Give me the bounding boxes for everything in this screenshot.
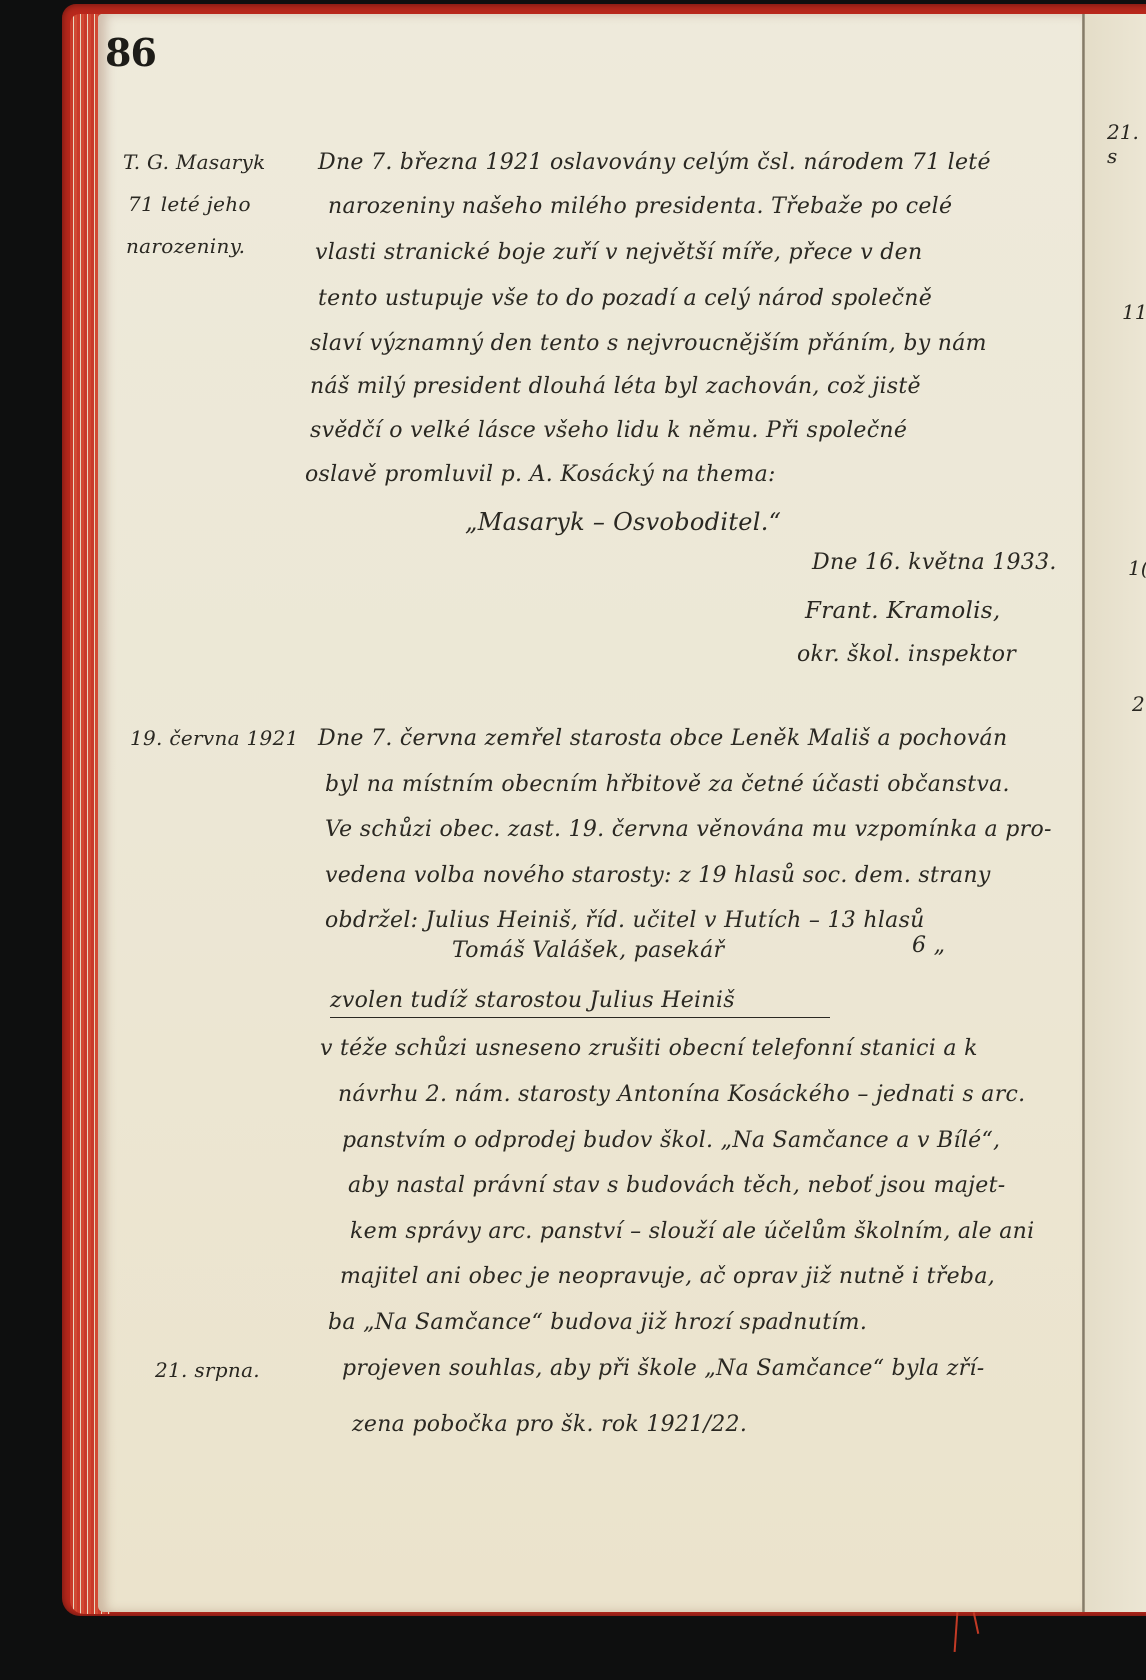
ledger-page-right (1085, 14, 1146, 1612)
entry-line: Dne 7. června zemřel starosta obce Leněk… (318, 726, 1007, 751)
signature-title: okr. škol. inspektor (797, 642, 1016, 667)
entry-line: narozeniny našeho milého presidenta. Tře… (328, 194, 952, 219)
entry-line: oslavě promluvil p. A. Kosácký na thema: (305, 462, 776, 487)
entry-line: zena pobočka pro šk. rok 1921/22. (352, 1412, 747, 1437)
margin-note-date: 19. června 1921 (130, 726, 299, 750)
signature-name: Frant. Kramolis, (805, 598, 1001, 624)
vote-candidate: Tomáš Valášek, pasekář (452, 938, 724, 963)
entry-line: panstvím o odprodej budov škol. „Na Samč… (342, 1128, 1000, 1153)
right-page-fragment: 1( (1128, 556, 1146, 580)
entry-line: Ve schůzi obec. zast. 19. června věnován… (325, 817, 1052, 842)
entry-line: návrhu 2. nám. starosty Antonína Kosácké… (338, 1082, 1025, 1107)
right-page-fragment: 11. (1122, 300, 1146, 324)
entry-line: slaví významný den tento s nejvroucnější… (310, 331, 987, 356)
right-page-fragment: 21. s (1107, 120, 1146, 168)
margin-note-line: narozeniny. (126, 234, 245, 258)
quote-line: „Masaryk – Osvoboditel.“ (465, 508, 781, 536)
signature-date: Dne 16. května 1933. (812, 550, 1057, 575)
entry-line: majitel ani obec je neopravuje, ač oprav… (340, 1264, 995, 1289)
entry-line: projeven souhlas, aby při škole „Na Samč… (342, 1356, 985, 1381)
right-page-fragment: 2 (1132, 692, 1145, 716)
entry-line: Dne 7. března 1921 oslavovány celým čsl.… (318, 150, 991, 175)
entry-line: ba „Na Samčance“ budova již hrozí spadnu… (328, 1310, 867, 1335)
entry-line: aby nastal právní stav s budovách těch, … (348, 1173, 1005, 1198)
entry-line: byl na místním obecním hřbitově za četné… (325, 772, 1010, 797)
entry-line: obdržel: Julius Heiniš, říd. učitel v Hu… (325, 908, 925, 933)
vote-count: 6 „ (912, 933, 945, 958)
entry-line: v téže schůzi usneseno zrušiti obecní te… (320, 1036, 978, 1061)
entry-line: kem správy arc. panství – slouží ale úče… (350, 1219, 1035, 1244)
margin-note-date: 21. srpna. (155, 1358, 260, 1382)
entry-line: tento ustupuje vše to do pozadí a celý n… (318, 286, 932, 311)
entry-line: svědčí o velké lásce všeho lidu k němu. … (310, 418, 907, 443)
entry-line: vedena volba nového starosty: z 19 hlasů… (325, 863, 991, 888)
thread-decoration (954, 1612, 959, 1652)
margin-note-line: T. G. Masaryk (123, 150, 266, 174)
entry-line: náš milý president dlouhá léta byl zacho… (310, 374, 921, 399)
entry-line: vlasti stranické boje zuří v největší mí… (315, 240, 922, 265)
page-number: 86 (105, 30, 156, 75)
margin-note-line: 71 leté jeho (128, 192, 251, 216)
elected-line: zvolen tudíž starostou Julius Heiniš (330, 988, 830, 1018)
